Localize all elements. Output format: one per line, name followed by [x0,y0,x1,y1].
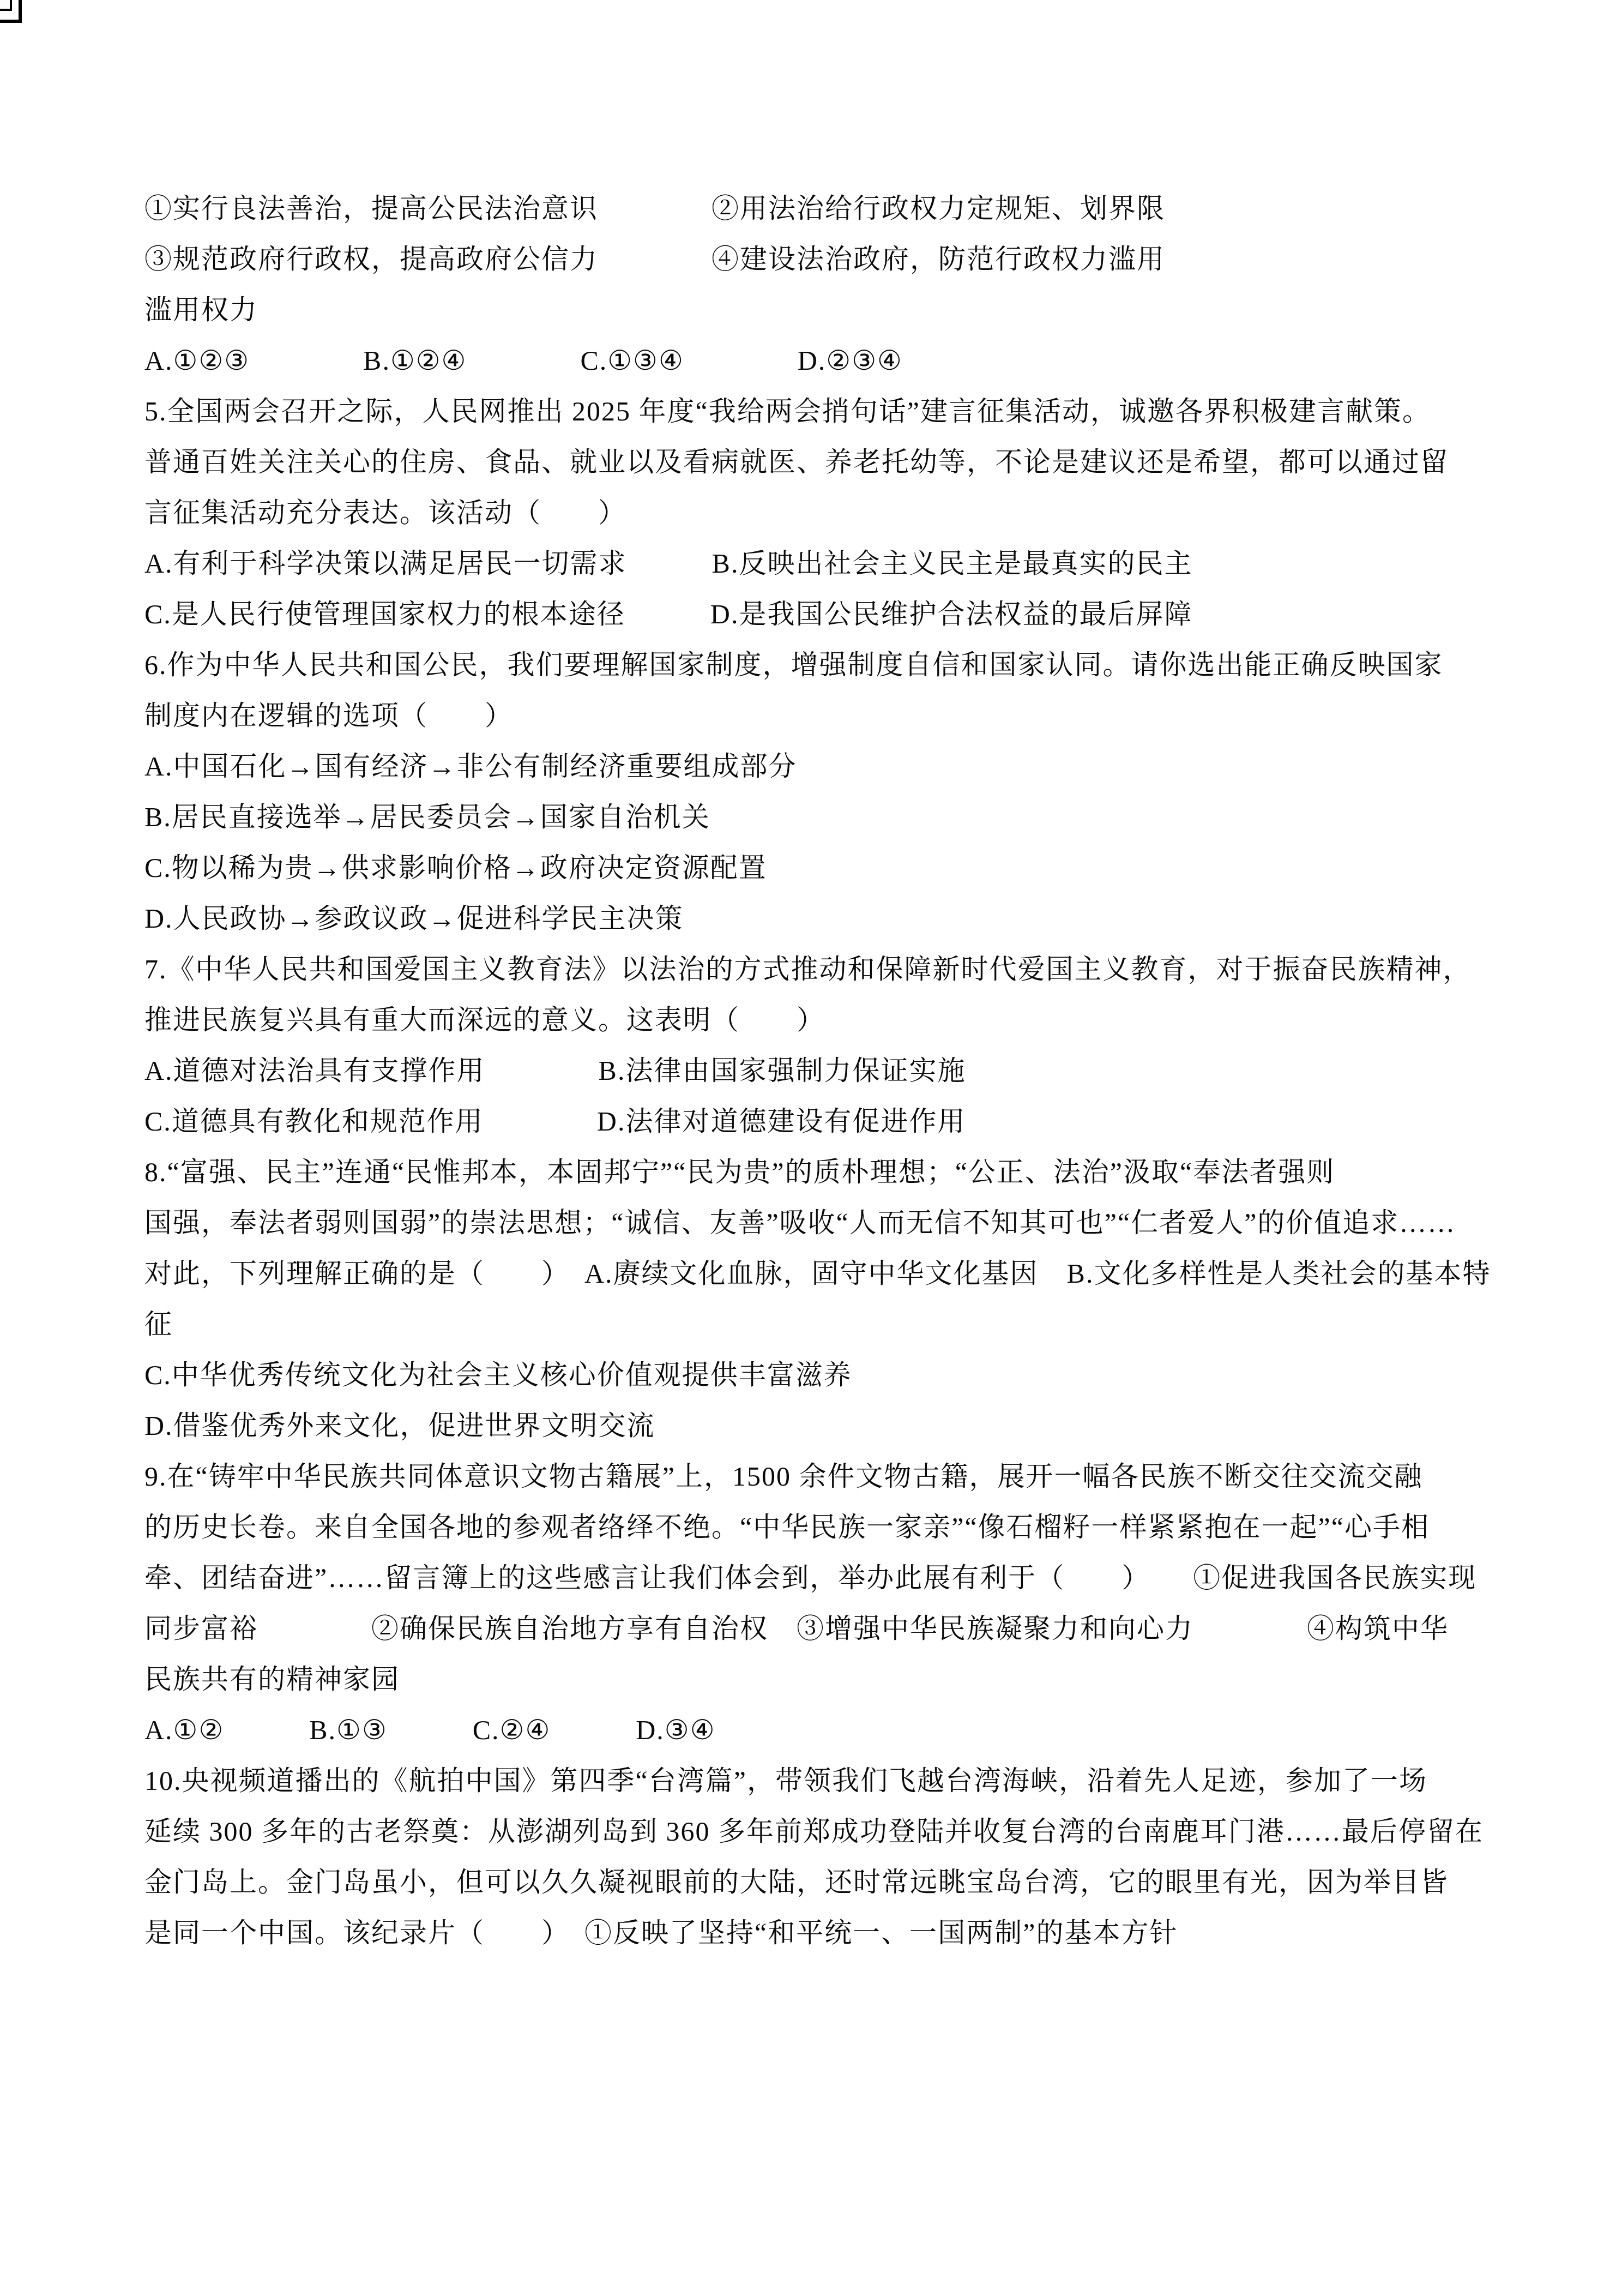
text-line: 金门岛上。金门岛虽小，但可以久久凝视眼前的大陆，还时常远眺宝岛台湾，它的眼里有光… [144,1857,1486,1908]
text-line: C.物以稀为贵→供求影响价格→政府决定资源配置 [144,843,1486,893]
text-line: C.是人民行使管理国家权力的根本途径 D.是我国公民维护合法权益的最后屏障 [144,589,1486,640]
text-line: B.居民直接选举→居民委员会→国家自治机关 [144,792,1486,843]
text-line: C.中华优秀传统文化为社会主义核心价值观提供丰富滋养 [144,1350,1486,1401]
text-line: 牵、团结奋进”……留言簿上的这些感言让我们体会到，举办此展有利于（ ） ①促进我… [144,1553,1486,1603]
text-line: 言征集活动充分表达。该活动（ ） [144,488,1486,538]
text-line: 5.全国两会召开之际，人民网推出 2025 年度“我给两会捎句话”建言征集活动，… [144,386,1486,437]
text-line: 国强，奉法者弱则国弱”的崇法思想；“诚信、友善”吸收“人而无信不知其可也”“仁者… [144,1198,1486,1248]
text-line: 征 [144,1299,1486,1350]
text-line: ①实行良法善治，提高公民法治意识 ②用法治给行政权力定规矩、划界限 [144,183,1486,234]
clipped-frame-inner-rect-icon [0,0,12,11]
text-line: C.道德具有教化和规范作用 D.法律对道德建设有促进作用 [144,1096,1486,1147]
text-line: 8.“富强、民主”连通“民惟邦本，本固邦宁”“民为贵”的质朴理想；“公正、法治”… [144,1147,1486,1198]
document-text-block: ①实行良法善治，提高公民法治意识 ②用法治给行政权力定规矩、划界限 ③规范政府行… [144,183,1486,1958]
text-line: 普通百姓关注关心的住房、食品、就业以及看病就医、养老托幼等，不论是建议还是希望，… [144,437,1486,488]
text-line: 滥用权力 [144,285,1486,335]
text-line: 的历史长卷。来自全国各地的参观者络绎不绝。“中华民族一家亲”“像石榴籽一样紧紧抱… [144,1502,1486,1553]
exam-page: ①实行良法善治，提高公民法治意识 ②用法治给行政权力定规矩、划界限 ③规范政府行… [0,0,1622,2296]
text-line: D.人民政协→参政议政→促进科学民主决策 [144,893,1486,944]
text-line: ③规范政府行政权，提高政府公信力 ④建设法治政府，防范行政权力滥用 [144,234,1486,285]
text-line: A.道德对法治具有支撑作用 B.法律由国家强制力保证实施 [144,1045,1486,1096]
clipped-frame-icon [0,0,65,65]
text-line: 10.央视频道播出的《航拍中国》第四季“台湾篇”，带领我们飞越台湾海峡，沿着先人… [144,1756,1486,1806]
text-line: A.有利于科学决策以满足居民一切需求 B.反映出社会主义民主是最真实的民主 [144,538,1486,589]
text-line: 7.《中华人民共和国爱国主义教育法》以法治的方式推动和保障新时代爱国主义教育，对… [144,944,1486,995]
text-line: A.①② B.①③ C.②④ D.③④ [144,1705,1486,1756]
text-line: 同步富裕 ②确保民族自治地方享有自治权 ③增强中华民族凝聚力和向心力 ④构筑中华 [144,1603,1486,1654]
text-line: D.借鉴优秀外来文化，促进世界文明交流 [144,1401,1486,1451]
text-line: 9.在“铸牢中华民族共同体意识文物古籍展”上，1500 余件文物古籍，展开一幅各… [144,1451,1486,1502]
text-line: 对此，下列理解正确的是（ ） A.赓续文化血脉，固守中华文化基因 B.文化多样性… [144,1248,1486,1299]
text-line: 延续 300 多年的古老祭奠：从澎湖列岛到 360 多年前郑成功登陆并收复台湾的… [144,1806,1486,1857]
text-line: A.中国石化→国有经济→非公有制经济重要组成部分 [144,741,1486,792]
text-line: A.①②③ B.①②④ C.①③④ D.②③④ [144,335,1486,386]
text-line: 是同一个中国。该纪录片（ ） ①反映了坚持“和平统一、一国两制”的基本方针 [144,1908,1486,1958]
text-line: 推进民族复兴具有重大而深远的意义。这表明（ ） [144,995,1486,1045]
text-line: 6.作为中华人民共和国公民，我们要理解国家制度，增强制度自信和国家认同。请你选出… [144,640,1486,690]
text-line: 制度内在逻辑的选项（ ） [144,690,1486,741]
text-line: 民族共有的精神家园 [144,1654,1486,1705]
